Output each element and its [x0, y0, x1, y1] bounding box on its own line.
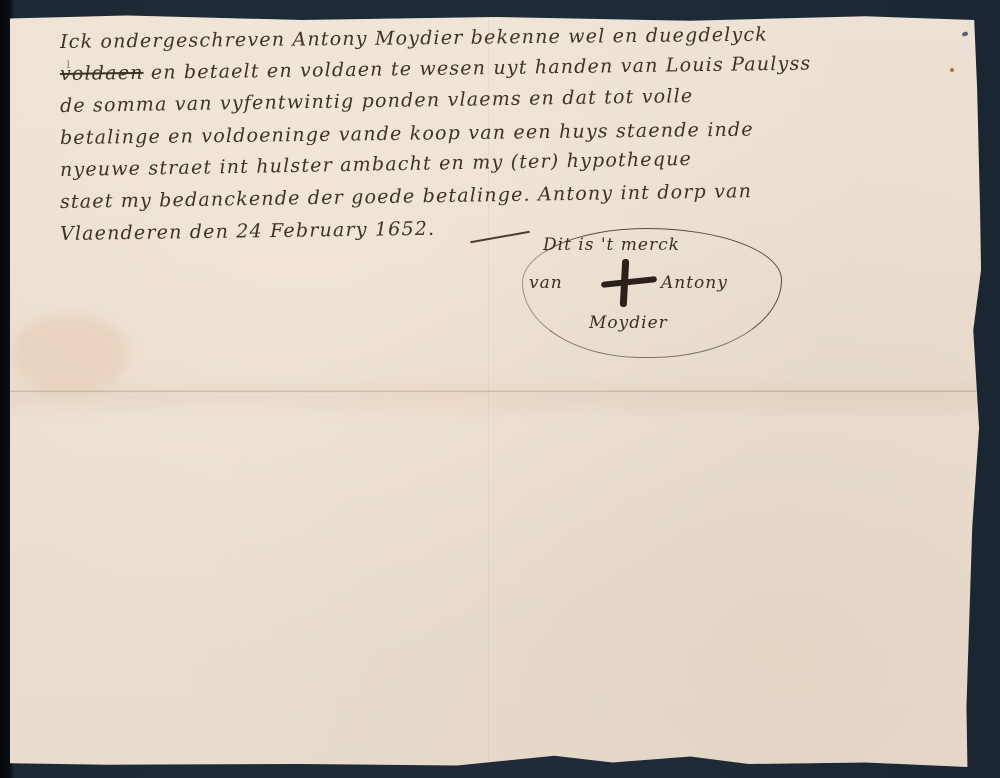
receipt-text: Ick ondergeschreven Antony Moydier beken…	[60, 26, 940, 250]
line-text: nyeuwe straet int hulster ambacht en my …	[60, 148, 692, 181]
cross-stroke-horizontal	[601, 276, 657, 288]
line-text: staet my bedanckende der goede betalinge…	[60, 180, 752, 213]
paper-stain	[10, 314, 130, 394]
scan-background: ı Ick ondergeschreven Antony Moydier bek…	[0, 0, 1000, 778]
signature-line-2-right: Antony	[661, 273, 728, 293]
signature-line-3: Moydier	[589, 313, 668, 333]
line-text: de somma van vyfentwintig ponden vlaems …	[60, 85, 694, 117]
fold-crease-horizontal	[10, 390, 982, 393]
line-text: Ick ondergeschreven Antony Moydier beken…	[60, 24, 768, 53]
cross-mark-icon	[601, 259, 657, 311]
signature-line-2-left: van	[529, 273, 563, 293]
date-line: Vlaenderen den 24 February 1652.	[60, 218, 436, 245]
ink-spot	[950, 68, 954, 72]
signature-line-1: Dit is 't merck	[543, 235, 680, 255]
struck-word: voldaen	[60, 62, 144, 85]
